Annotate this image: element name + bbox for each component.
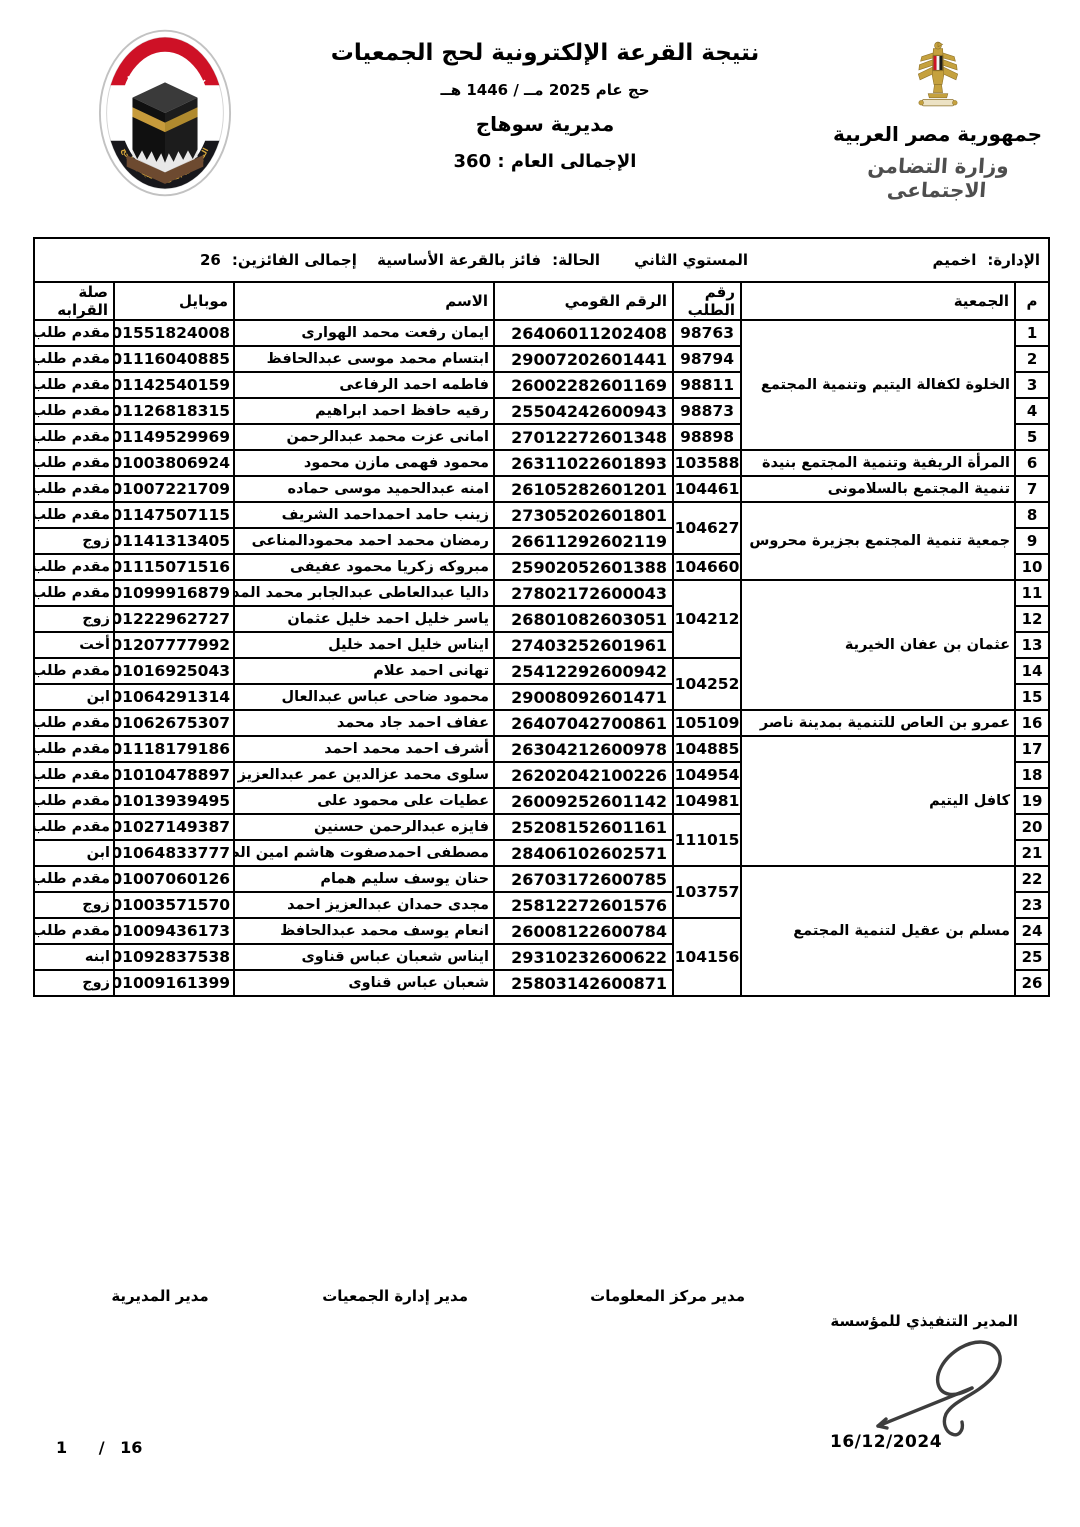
cell-name: داليا عبدالعاطى عبدالجابر محمد المدنى <box>234 580 494 606</box>
cell-relation: مقدم طلب <box>34 554 114 580</box>
cell-national-id: 25803142600871 <box>494 970 673 996</box>
cell-relation: مقدم طلب <box>34 346 114 372</box>
signature-info-center-manager: مدير مركز المعلومات <box>600 1287 745 1305</box>
cell-serial: 25 <box>1015 944 1049 970</box>
cell-relation: مقدم طلب <box>34 580 114 606</box>
cell-mobile: 01064291314 <box>114 684 234 710</box>
kaaba-logo-icon: وزارة التضامن الاجتماعي المؤسسة القومية … <box>98 28 232 198</box>
results-table: الإدارة:اخميم الحالة:فائز بالقرعة الأساس… <box>33 237 1050 997</box>
signature-mark-icon <box>872 1336 1014 1440</box>
cell-request-number: 104461 <box>673 476 741 502</box>
column-header-mobile: موبايل <box>114 282 234 320</box>
cell-serial: 18 <box>1015 762 1049 788</box>
cell-mobile: 01007221709 <box>114 476 234 502</box>
table-row: 6المرأة الريفية وتنمية المجتمع بنيدة1035… <box>34 450 1049 476</box>
cell-request-number: 111015 <box>673 814 741 866</box>
cell-national-id: 26801082603051 <box>494 606 673 632</box>
cell-mobile: 01009436173 <box>114 918 234 944</box>
cell-association: عثمان بن عفان الخيرية <box>741 580 1015 710</box>
cell-serial: 13 <box>1015 632 1049 658</box>
cell-name: حنان يوسف سليم همام <box>234 866 494 892</box>
table-row: 16عمرو بن العاص للتنمية بمدينة ناصر10510… <box>34 710 1049 736</box>
cell-serial: 22 <box>1015 866 1049 892</box>
cell-request-number: 103757 <box>673 866 741 918</box>
cell-national-id: 29007202601441 <box>494 346 673 372</box>
cell-relation: زوج <box>34 528 114 554</box>
cell-request-number: 104627 <box>673 502 741 554</box>
winners-total-info: إجمالى الفائزين:26 <box>200 251 357 269</box>
cell-national-id: 27802172600043 <box>494 580 673 606</box>
cell-relation: زوج <box>34 606 114 632</box>
cell-relation: مقدم طلب <box>34 398 114 424</box>
hajj-year-line: حج عام 2025 مــ / 1446 هــ <box>320 81 770 99</box>
cell-national-id: 26406011202408 <box>494 320 673 346</box>
cell-name: مصطفى احمدصفوت هاشم امين الطبال <box>234 840 494 866</box>
cell-national-id: 26202042100226 <box>494 762 673 788</box>
cell-relation: أخت <box>34 632 114 658</box>
cell-mobile: 01064833777 <box>114 840 234 866</box>
egypt-eagle-icon <box>909 34 967 114</box>
cell-mobile: 01092837538 <box>114 944 234 970</box>
status-info: الحالة:فائز بالقرعة الأساسية <box>377 251 600 269</box>
cell-request-number: 98763 <box>673 320 741 346</box>
cell-serial: 23 <box>1015 892 1049 918</box>
cell-name: رقيه حافظ احمد ابراهيم <box>234 398 494 424</box>
cell-relation: مقدم طلب <box>34 736 114 762</box>
flag-shield-icon <box>932 55 943 71</box>
cell-serial: 14 <box>1015 658 1049 684</box>
cell-relation: مقدم طلب <box>34 710 114 736</box>
cell-serial: 1 <box>1015 320 1049 346</box>
cell-national-id: 27403252601961 <box>494 632 673 658</box>
cell-serial: 21 <box>1015 840 1049 866</box>
cell-serial: 7 <box>1015 476 1049 502</box>
cell-national-id: 26008122600784 <box>494 918 673 944</box>
table-header-row: م الجمعية رقم الطلب الرقم القومي الاسم م… <box>34 282 1049 320</box>
cell-national-id: 28406102602571 <box>494 840 673 866</box>
cell-request-number: 98898 <box>673 424 741 450</box>
cell-national-id: 26407042700861 <box>494 710 673 736</box>
table-row: 7تنمية المجتمع بالسلامونى104461261052826… <box>34 476 1049 502</box>
cell-relation: زوج <box>34 892 114 918</box>
cell-name: زينب حامد احمداحمد الشريف <box>234 502 494 528</box>
cell-name: ايناس خليل احمد خليل <box>234 632 494 658</box>
cell-relation: مقدم طلب <box>34 320 114 346</box>
cell-serial: 24 <box>1015 918 1049 944</box>
table-row: 1الخلوة لكفالة اليتيم وتنمية المجتمع9876… <box>34 320 1049 346</box>
cell-name: شعبان عباس قناوى <box>234 970 494 996</box>
cell-association: المرأة الريفية وتنمية المجتمع بنيدة <box>741 450 1015 476</box>
cell-serial: 26 <box>1015 970 1049 996</box>
cell-national-id: 26009252601142 <box>494 788 673 814</box>
cell-relation: مقدم طلب <box>34 476 114 502</box>
cell-relation: زوج <box>34 970 114 996</box>
column-header-name: الاسم <box>234 282 494 320</box>
cell-name: تهانى احمد علام <box>234 658 494 684</box>
cell-serial: 20 <box>1015 814 1049 840</box>
cell-relation: ابنه <box>34 944 114 970</box>
table-row: 22مسلم بن عقيل لتنمية المجتمع10375726703… <box>34 866 1049 892</box>
cell-association: مسلم بن عقيل لتنمية المجتمع <box>741 866 1015 996</box>
cell-national-id: 27305202601801 <box>494 502 673 528</box>
cell-name: محمود ضاحى عباس عبدالعال <box>234 684 494 710</box>
cell-mobile: 01126818315 <box>114 398 234 424</box>
cell-national-id: 25902052601388 <box>494 554 673 580</box>
cell-mobile: 01147507115 <box>114 502 234 528</box>
document-page: وزارة التضامن الاجتماعي المؤسسة القومية … <box>0 0 1080 1527</box>
cell-mobile: 01222962727 <box>114 606 234 632</box>
cell-name: ياسر خليل احمد خليل عثمان <box>234 606 494 632</box>
cell-serial: 3 <box>1015 372 1049 398</box>
cell-mobile: 01207777992 <box>114 632 234 658</box>
cell-relation: مقدم طلب <box>34 814 114 840</box>
cell-serial: 17 <box>1015 736 1049 762</box>
cell-serial: 6 <box>1015 450 1049 476</box>
table-row: 17كافل اليتيم10488526304212600978أشرف اح… <box>34 736 1049 762</box>
cell-national-id: 25504242600943 <box>494 398 673 424</box>
page-indicator: 1 / 16 <box>56 1438 142 1457</box>
cell-name: أشرف احمد محمد احمد <box>234 736 494 762</box>
cell-name: سلوى محمد عزالدين عمر عبدالعزيز <box>234 762 494 788</box>
cell-national-id: 29310232600622 <box>494 944 673 970</box>
report-date: 16/12/2024 <box>830 1432 942 1452</box>
cell-mobile: 01116040885 <box>114 346 234 372</box>
table-info-row: الإدارة:اخميم الحالة:فائز بالقرعة الأساس… <box>34 238 1049 282</box>
cell-national-id: 26611292602119 <box>494 528 673 554</box>
cell-request-number: 98794 <box>673 346 741 372</box>
table-row: 11عثمان بن عفان الخيرية10421227802172600… <box>34 580 1049 606</box>
cell-mobile: 01551824008 <box>114 320 234 346</box>
country-name: جمهورية مصر العربية <box>815 122 1060 146</box>
cell-association: جمعية تنمية المجتمع بجزيرة محروس <box>741 502 1015 580</box>
cell-national-id: 25208152601161 <box>494 814 673 840</box>
cell-mobile: 01016925043 <box>114 658 234 684</box>
cell-national-id: 26304212600978 <box>494 736 673 762</box>
cell-relation: مقدم طلب <box>34 658 114 684</box>
cell-name: ايناس شعبان عباس قناوى <box>234 944 494 970</box>
cell-name: مجدى حمدان عبدالعزيز احمد <box>234 892 494 918</box>
cell-request-number: 104660 <box>673 554 741 580</box>
column-header-national-id: الرقم القومي <box>494 282 673 320</box>
cell-serial: 12 <box>1015 606 1049 632</box>
cell-mobile: 01013939495 <box>114 788 234 814</box>
cell-national-id: 25812272601576 <box>494 892 673 918</box>
cell-request-number: 104156 <box>673 918 741 996</box>
cell-national-id: 29008092601471 <box>494 684 673 710</box>
cell-name: انعام يوسف محمد عبدالحافظ <box>234 918 494 944</box>
cell-request-number: 104981 <box>673 788 741 814</box>
cell-relation: مقدم طلب <box>34 372 114 398</box>
document-title: نتيجة القرعة الإلكترونية لحج الجمعيات <box>320 40 770 66</box>
cell-mobile: 01003806924 <box>114 450 234 476</box>
cell-association: الخلوة لكفالة اليتيم وتنمية المجتمع <box>741 320 1015 450</box>
cell-mobile: 01027149387 <box>114 814 234 840</box>
cell-request-number: 105109 <box>673 710 741 736</box>
cell-relation: مقدم طلب <box>34 918 114 944</box>
cell-national-id: 25412292600942 <box>494 658 673 684</box>
cell-mobile: 01118179186 <box>114 736 234 762</box>
kaaba-cube-icon <box>127 82 204 183</box>
cell-relation: ابن <box>34 684 114 710</box>
page-separator: / <box>99 1438 105 1457</box>
cell-national-id: 27012272601348 <box>494 424 673 450</box>
cell-mobile: 01003571570 <box>114 892 234 918</box>
cell-relation: مقدم طلب <box>34 866 114 892</box>
cell-name: ابتسام محمد موسى عبدالحافظ <box>234 346 494 372</box>
cell-name: امنه عبدالحميد موسى حماده <box>234 476 494 502</box>
cell-mobile: 01099916879 <box>114 580 234 606</box>
cell-name: فايزه عبدالرحمن حسنين <box>234 814 494 840</box>
cell-mobile: 01115071516 <box>114 554 234 580</box>
cell-relation: مقدم طلب <box>34 424 114 450</box>
cell-mobile: 01062675307 <box>114 710 234 736</box>
cell-relation: مقدم طلب <box>34 450 114 476</box>
cell-mobile: 01142540159 <box>114 372 234 398</box>
cell-mobile: 01007060126 <box>114 866 234 892</box>
cell-association: كافل اليتيم <box>741 736 1015 866</box>
cell-mobile: 01141313405 <box>114 528 234 554</box>
cell-relation: مقدم طلب <box>34 788 114 814</box>
cell-name: فاطمه احمد الرفاعى <box>234 372 494 398</box>
cell-request-number: 104885 <box>673 736 741 762</box>
cell-request-number: 103588 <box>673 450 741 476</box>
cell-request-number: 104212 <box>673 580 741 658</box>
cell-mobile: 01009161399 <box>114 970 234 996</box>
cell-serial: 5 <box>1015 424 1049 450</box>
signature-associations-admin-manager: مدير إدارة الجمعيات <box>328 1287 468 1305</box>
cell-association: تنمية المجتمع بالسلامونى <box>741 476 1015 502</box>
cell-relation: مقدم طلب <box>34 762 114 788</box>
cell-name: ايمان رفعت محمد الهوارى <box>234 320 494 346</box>
column-header-association: الجمعية <box>741 282 1015 320</box>
cell-request-number: 104252 <box>673 658 741 710</box>
cell-serial: 15 <box>1015 684 1049 710</box>
cell-serial: 19 <box>1015 788 1049 814</box>
cell-name: امانى عزت محمد عبدالرحمن <box>234 424 494 450</box>
column-header-request-number: رقم الطلب <box>673 282 741 320</box>
cell-serial: 4 <box>1015 398 1049 424</box>
cell-mobile: 01010478897 <box>114 762 234 788</box>
results-table-body: 1الخلوة لكفالة اليتيم وتنمية المجتمع9876… <box>34 320 1049 996</box>
cell-serial: 11 <box>1015 580 1049 606</box>
ministry-name: وزارة التضامن الاجتماعى <box>813 154 1061 202</box>
cell-relation: مقدم طلب <box>34 502 114 528</box>
cell-serial: 8 <box>1015 502 1049 528</box>
cell-name: عفاف احمد جاد محمد <box>234 710 494 736</box>
cell-relation: ابن <box>34 840 114 866</box>
cell-request-number: 104954 <box>673 762 741 788</box>
cell-national-id: 26703172600785 <box>494 866 673 892</box>
column-header-relation: صلة القرابه <box>34 282 114 320</box>
cell-request-number: 98873 <box>673 398 741 424</box>
level-info: المستوي الثاني <box>634 251 748 269</box>
cell-serial: 2 <box>1015 346 1049 372</box>
signature-executive-manager: المدير التنفيذي للمؤسسة <box>848 1312 1018 1330</box>
cell-request-number: 98811 <box>673 372 741 398</box>
cell-name: عطيات على محمود على <box>234 788 494 814</box>
government-block: جمهورية مصر العربية وزارة التضامن الاجتم… <box>815 34 1060 202</box>
cell-serial: 10 <box>1015 554 1049 580</box>
administration-info: الإدارة:اخميم <box>932 251 1040 269</box>
cell-serial: 16 <box>1015 710 1049 736</box>
cell-association: عمرو بن العاص للتنمية بمدينة ناصر <box>741 710 1015 736</box>
page-current: 1 <box>56 1438 67 1457</box>
cell-name: مبروكه زكريا محمود عفيفى <box>234 554 494 580</box>
cell-name: محمود فهمى مازن محمود <box>234 450 494 476</box>
title-block: نتيجة القرعة الإلكترونية لحج الجمعيات حج… <box>320 40 770 172</box>
grand-total-line: الإجمالى العام : 360 <box>320 151 770 172</box>
cell-serial: 9 <box>1015 528 1049 554</box>
cell-national-id: 26311022601893 <box>494 450 673 476</box>
column-header-serial: م <box>1015 282 1049 320</box>
table-row: 8جمعية تنمية المجتمع بجزيرة محروس1046272… <box>34 502 1049 528</box>
directorate-line: مديرية سوهاج <box>320 112 770 136</box>
cell-national-id: 26002282601169 <box>494 372 673 398</box>
signature-directorate-manager: مدير المديرية <box>95 1287 225 1305</box>
page-total: 16 <box>120 1438 142 1457</box>
cell-national-id: 26105282601201 <box>494 476 673 502</box>
cell-name: رمضان محمد احمد محمودالمناعى <box>234 528 494 554</box>
cell-mobile: 01149529969 <box>114 424 234 450</box>
